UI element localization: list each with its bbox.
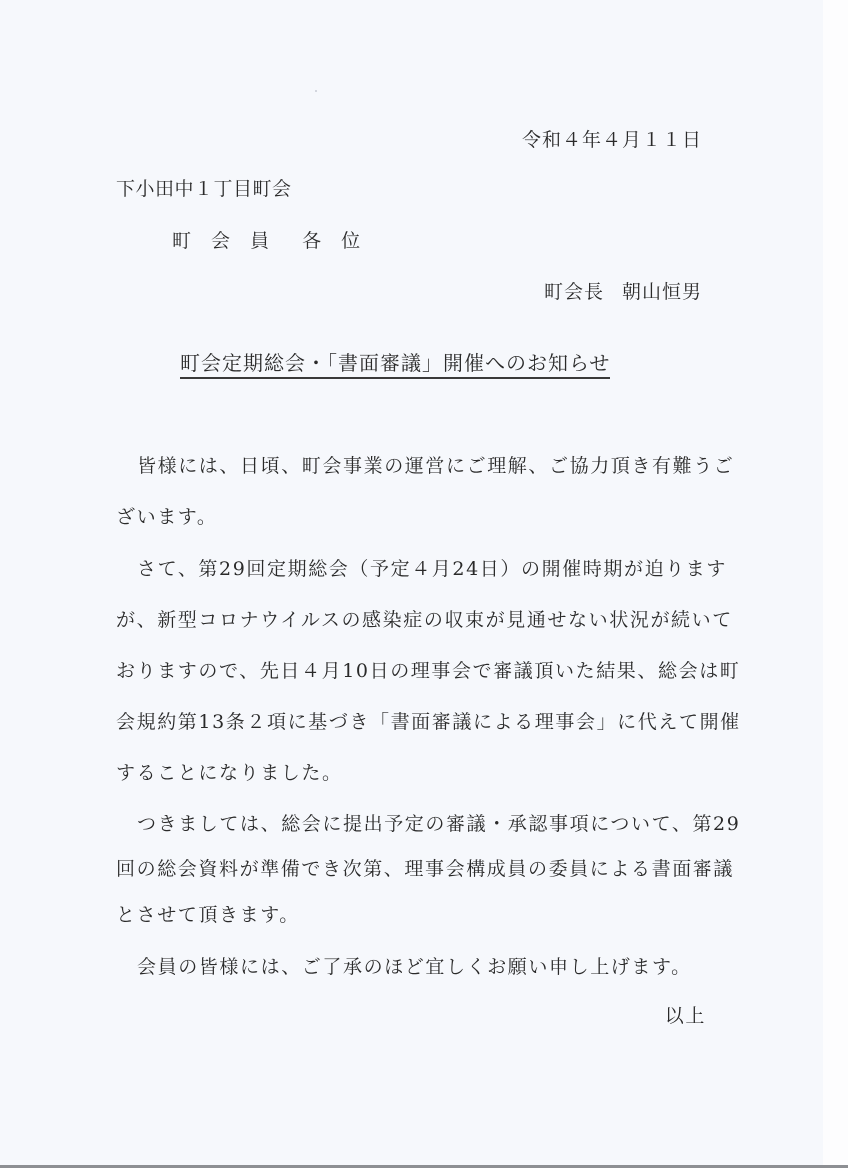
paragraph-2-line-3: おりますので、先日４月10日の理事会で審議頂いた結果、総会は町 [116,659,708,683]
paragraph-1-line-1: 皆様には、日頃、町会事業の運営にご理解、ご協力頂き有難うご [137,454,734,478]
document-title: 町会定期総会・「書面審議」開催へのお知らせ [180,350,610,379]
paragraph-1-line-2: ざいます。 [116,505,708,529]
paragraph-3-line-3: とさせて頂きます。 [116,903,708,927]
scanned-page [0,0,823,1166]
sender-name: 朝山恒男 [622,281,702,303]
closing-mark: 以上 [665,1004,706,1028]
paragraph-2-line-1: さて、第29回定期総会（予定４月24日）の開催時期が迫ります [137,557,727,581]
paragraph-3-line-2: 回の総会資料が準備でき次第、理事会構成員の委員による書面審議 [116,857,708,881]
organization-name: 下小田中１丁目町会 [116,177,292,201]
document-date: 令和４年４月１１日 [522,128,702,152]
scan-edge-strip [823,0,848,1168]
paragraph-4-line-1: 会員の皆様には、ご了承のほど宜しくお願い申し上げます。 [137,955,692,979]
sender-title: 町会長 [544,281,604,303]
recipient-line: 町 会 員 各 位 [172,229,367,253]
scan-speck [315,90,317,92]
paragraph-3-line-1: つきましては、総会に提出予定の審議・承認事項について、第29 [137,812,740,836]
paragraph-2-line-2: が、新型コロナウイルスの感染症の収束が見通せない状況が続いて [116,608,708,632]
paragraph-2-line-4: 会規約第13条２項に基づき「書面審議による理事会」に代えて開催 [116,710,708,734]
sender-line: 町会長朝山恒男 [544,280,702,304]
paragraph-2-line-5: することになりました。 [116,761,708,785]
